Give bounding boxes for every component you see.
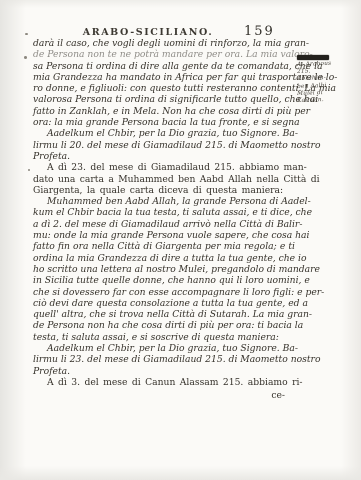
text-line: ordina la mia Grandezza di dire a tutta … bbox=[33, 253, 295, 264]
text-line: mu: onde la mia grande Persona vuole sap… bbox=[33, 230, 295, 241]
text-line: lirmu li 20. del mese di Giamadilaud 215… bbox=[33, 140, 295, 151]
text-line: ho scritto una lettera al nostro Mulei, … bbox=[33, 264, 295, 275]
text-line: valorosa Persona ti ordina di significar… bbox=[33, 94, 295, 105]
paragraph: A dì 3. del mese di Canun Alassam 215. a… bbox=[33, 377, 295, 388]
scan-edge-bottom bbox=[0, 466, 361, 480]
text-line: ciò devi dare questa consolazione a tutt… bbox=[33, 298, 295, 309]
paragraph: Muhammed ben Aabd Allah, la grande Perso… bbox=[33, 196, 295, 343]
text-line: Aadelkum el Chbir, per la Dio grazia, tu… bbox=[33, 128, 295, 139]
scan-edge-left bbox=[0, 0, 26, 480]
catchword: ce- bbox=[33, 390, 295, 401]
text-line: Profeta. bbox=[33, 366, 295, 377]
text-line: fatto fin ora nella Città di Giargenta p… bbox=[33, 241, 295, 252]
text-line: a dì 2. del mese di Giamadilaud arrivò n… bbox=[33, 219, 295, 230]
text-line: dato una carta a Muhammed ben Aabd Allah… bbox=[33, 174, 295, 185]
margin-note-line: Kairuan. bbox=[297, 96, 359, 105]
paragraph: A dì 23. del mese di Giamadilaud 215. ab… bbox=[33, 162, 295, 196]
text-line: che si dovessero far con esse accompagna… bbox=[33, 287, 295, 298]
running-title: ARABO-SICILIANO. bbox=[33, 27, 263, 38]
scanned-page: ARABO-SICILIANO. 159 darà il caso, che v… bbox=[0, 0, 361, 480]
margin-note-lines: A. Arabous215.Abrahim-ben AalbiMulei diK… bbox=[297, 62, 359, 105]
text-line: quell' altra, che si trova nella Città d… bbox=[33, 309, 295, 320]
text-line: A dì 23. del mese di Giamadilaud 215. ab… bbox=[33, 162, 295, 173]
text-line: de Persona non ha che cosa dirti di più … bbox=[33, 320, 295, 331]
text-line: kum el Chbir bacia la tua testa, ti salu… bbox=[33, 207, 295, 218]
text-line: de Persona non te ne potrà mandare per o… bbox=[33, 49, 295, 60]
margin-ink-bar bbox=[297, 55, 329, 60]
text-line: Profeta. bbox=[33, 151, 295, 162]
text-block: darà il caso, che vogli degli uomini di … bbox=[33, 38, 295, 388]
scan-speck bbox=[25, 33, 28, 35]
text-line: Giargenta, la quale carta diceva di ques… bbox=[33, 185, 295, 196]
scan-speck bbox=[28, 169, 30, 171]
text-line: in Sicilia tutte quelle donne, che hanno… bbox=[33, 275, 295, 286]
text-line: testa, ti saluta assai, e si soscrive di… bbox=[33, 332, 295, 343]
paragraph: Aadelkum el Chbir, per la Dio grazia, tu… bbox=[33, 128, 295, 162]
scan-speck bbox=[24, 56, 27, 59]
text-line: A dì 3. del mese di Canun Alassam 215. a… bbox=[33, 377, 295, 388]
text-line: sa Persona ti ordina di dire alla gente … bbox=[33, 61, 295, 72]
scan-edge-top bbox=[0, 0, 361, 8]
page-number: 159 bbox=[244, 24, 294, 39]
text-line: Aadelkum el Chbir, per la Dio grazia, tu… bbox=[33, 343, 295, 354]
text-line: lirmu li 23. del mese di Giamadilaud 215… bbox=[33, 354, 295, 365]
paragraph: Aadelkum el Chbir, per la Dio grazia, tu… bbox=[33, 343, 295, 377]
text-line: mia Grandezza ha mandato in Africa per f… bbox=[33, 72, 295, 83]
text-line: fatto in Zanklah, e in Mela. Non ha che … bbox=[33, 106, 295, 117]
text-line: Muhammed ben Aabd Allah, la grande Perso… bbox=[33, 196, 295, 207]
text-line: ro donne, e figliuoli: con questo tutti … bbox=[33, 83, 295, 94]
paragraph: darà il caso, che vogli degli uomini di … bbox=[33, 38, 295, 128]
margin-note: A. Arabous215.Abrahim-ben AalbiMulei diK… bbox=[297, 55, 359, 105]
text-line: ora: la mia grande Persona bacia la tua … bbox=[33, 117, 295, 128]
text-line: darà il caso, che vogli degli uomini di … bbox=[33, 38, 295, 49]
